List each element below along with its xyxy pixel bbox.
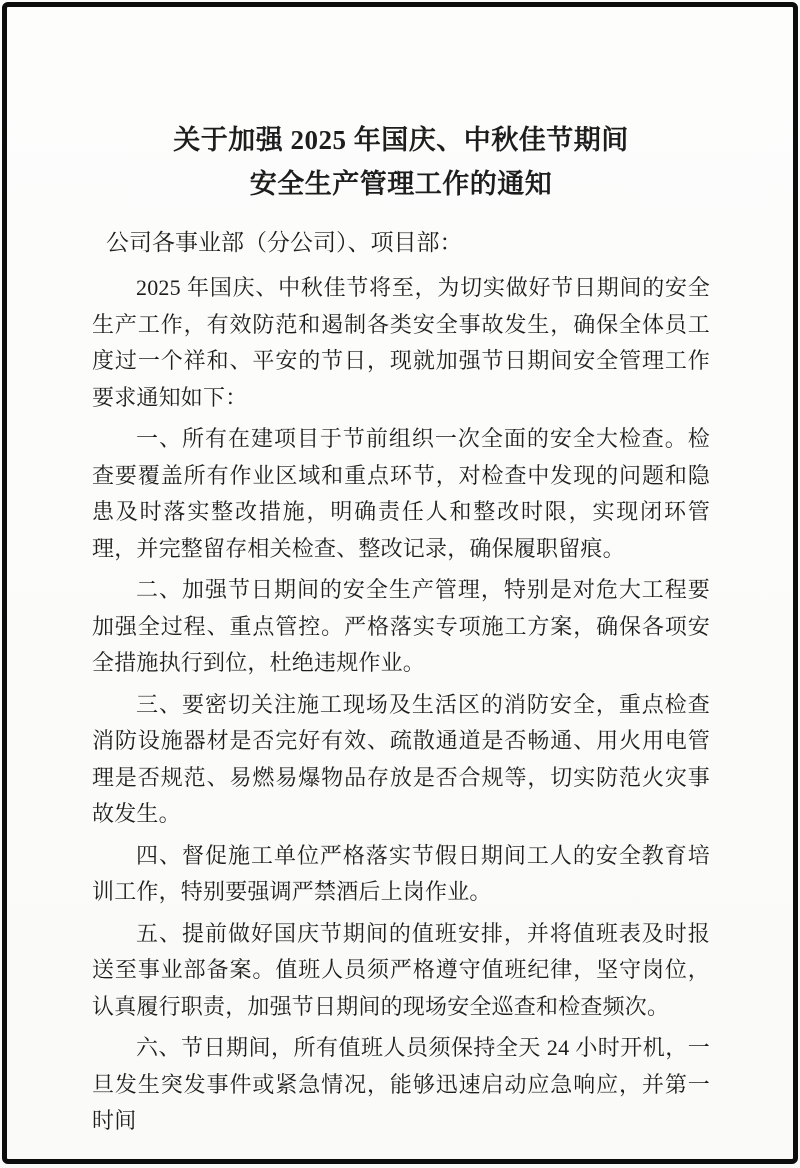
paragraph-item-3: 三、要密切关注施工现场及生活区的消防安全，重点检查消防设施器材是否完好有效、疏散…	[92, 687, 710, 833]
notice-salutation: 公司各事业部（分公司）、项目部：	[92, 224, 710, 261]
paragraph-item-4: 四、督促施工单位严格落实节假日期间工人的安全教育培训工作，特别要强调严禁酒后上岗…	[92, 838, 710, 911]
paragraph-item-1: 一、所有在建项目于节前组织一次全面的安全大检查。检查要覆盖所有作业区域和重点环节…	[92, 421, 710, 567]
scanned-notice-page: 关于加强 2025 年国庆、中秋佳节期间 安全生产管理工作的通知 公司各事业部（…	[0, 0, 800, 1168]
notice-content: 关于加强 2025 年国庆、中秋佳节期间 安全生产管理工作的通知 公司各事业部（…	[92, 100, 710, 1140]
notice-title-line-2: 安全生产管理工作的通知	[92, 162, 710, 206]
paragraph-item-6: 六、节日期间，所有值班人员须保持全天 24 小时开机，一旦发生突发事件或紧急情况…	[92, 1030, 710, 1140]
paragraph-item-2: 二、加强节日期间的安全生产管理，特别是对危大工程要加强全过程、重点管控。严格落实…	[92, 572, 710, 682]
notice-title-line-1: 关于加强 2025 年国庆、中秋佳节期间	[92, 118, 710, 162]
notice-body: 2025 年国庆、中秋佳节将至，为切实做好节日期间的安全生产工作，有效防范和遏制…	[92, 270, 710, 1140]
paragraph-item-5: 五、提前做好国庆节期间的值班安排，并将值班表及时报送至事业部备案。值班人员须严格…	[92, 916, 710, 1026]
paragraph-intro: 2025 年国庆、中秋佳节将至，为切实做好节日期间的安全生产工作，有效防范和遏制…	[92, 270, 710, 416]
notice-title: 关于加强 2025 年国庆、中秋佳节期间 安全生产管理工作的通知	[92, 118, 710, 206]
